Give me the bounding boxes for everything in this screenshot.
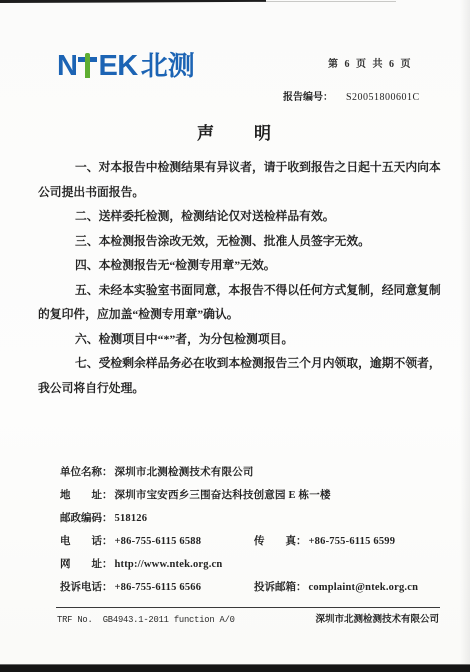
report-number-row: 报告编号：S20051800601C <box>283 88 420 103</box>
logo-t-green-stem <box>85 53 90 78</box>
statement-line: 的复印件，应加盖“检测专用章”确认。 <box>38 302 438 327</box>
contact-row-phone-fax: 电 话：+86-755-6115 6588传 真：+86-755-6115 65… <box>60 530 418 553</box>
statement-title: 声 明 <box>0 119 470 144</box>
page-number: 第 6 页 共 6 页 <box>328 55 413 70</box>
contact-row-company: 单位名称：深圳市北测检测技术有限公司 <box>60 461 418 484</box>
logo-letter-t-icon <box>78 52 97 81</box>
scan-edge-bottom <box>0 664 470 672</box>
contact-row-address: 地 址：深圳市宝安西乡三围奋达科技创意园 E 栋一楼 <box>60 484 418 507</box>
contact-block: 单位名称：深圳市北测检测技术有限公司 地 址：深圳市宝安西乡三围奋达科技创意园 … <box>60 461 418 599</box>
logo-letter-n: N <box>57 52 77 81</box>
fax-pair: 传 真：+86-755-6115 6599 <box>254 530 395 553</box>
statement-line: 一、对本报告中检测结果有异议者，请于收到报告之日起十五天内向本 <box>38 155 438 180</box>
complaint-phone-label: 投诉电话： <box>60 582 113 593</box>
website-value: http://www.ntek.org.cn <box>115 559 223 570</box>
fax-label: 传 真： <box>254 536 307 547</box>
scan-edge-right <box>460 0 470 672</box>
report-number-label: 报告编号： <box>283 92 333 103</box>
scan-edge-top <box>0 0 266 3</box>
logo-t-bar-right <box>90 57 97 62</box>
footer-divider <box>56 607 440 608</box>
phone-pair: 电 话：+86-755-6115 6588 <box>60 530 254 553</box>
logo-cjk-name: 北测 <box>141 52 195 81</box>
scan-edge-top-faint <box>266 1 396 2</box>
phone-label: 电 话： <box>60 536 113 547</box>
statement-line: 公司提出书面报告。 <box>38 180 438 205</box>
postcode-value: 518126 <box>115 513 148 524</box>
postcode-label: 邮政编码： <box>60 513 113 524</box>
company-name-value: 深圳市北测检测技术有限公司 <box>115 467 254 478</box>
phone-value: +86-755-6115 6588 <box>115 536 202 547</box>
footer-company-name: 深圳市北测检测技术有限公司 <box>315 611 439 625</box>
complaint-email-label: 投诉邮箱： <box>254 582 307 593</box>
address-label: 地 址： <box>60 490 113 501</box>
statement-line: 七、受检剩余样品务必在收到本检测报告三个月内领取，逾期不领者， <box>38 351 438 376</box>
footer-trf-number: TRF No. GB4943.1-2011 function A/0 <box>57 615 235 625</box>
statement-body: 一、对本报告中检测结果有异议者，请于收到报告之日起十五天内向本 公司提出书面报告… <box>38 155 438 400</box>
complaint-phone-value: +86-755-6115 6566 <box>115 582 202 593</box>
logo-letters-ek: EK <box>98 52 137 81</box>
complaint-email-value: complaint@ntek.org.cn <box>309 582 419 593</box>
statement-line: 六、检测项目中“*”者，为分包检测项目。 <box>38 327 438 352</box>
statement-line: 我公司将自行处理。 <box>38 376 438 401</box>
contact-row-postcode: 邮政编码：518126 <box>60 507 418 530</box>
complaint-email-pair: 投诉邮箱：complaint@ntek.org.cn <box>254 576 418 599</box>
logo-t-bar-left <box>78 57 85 62</box>
fax-value: +86-755-6115 6599 <box>309 536 396 547</box>
statement-line: 二、送样委托检测，检测结论仅对送检样品有效。 <box>38 204 438 229</box>
ntek-logo: N EK 北测 <box>57 52 195 81</box>
scanned-report-page: N EK 北测 第 6 页 共 6 页 报告编号：S20051800601C 声… <box>0 0 470 672</box>
complaint-phone-pair: 投诉电话：+86-755-6115 6566 <box>60 576 254 599</box>
website-label: 网 址： <box>60 559 113 570</box>
address-value: 深圳市宝安西乡三围奋达科技创意园 E 栋一楼 <box>115 490 331 501</box>
contact-row-complaint: 投诉电话：+86-755-6115 6566投诉邮箱：complaint@nte… <box>60 576 418 599</box>
company-name-label: 单位名称： <box>60 467 113 478</box>
statement-line: 五、未经本实验室书面同意，本报告不得以任何方式复制，经同意复制 <box>38 278 438 303</box>
footer: TRF No. GB4943.1-2011 function A/0 深圳市北测… <box>57 611 439 625</box>
statement-line: 三、本检测报告涂改无效，无检测、批准人员签字无效。 <box>38 229 438 254</box>
contact-row-website: 网 址：http://www.ntek.org.cn <box>60 553 418 576</box>
report-number-value: S20051800601C <box>346 92 420 103</box>
statement-line: 四、本检测报告无“检测专用章”无效。 <box>38 253 438 278</box>
